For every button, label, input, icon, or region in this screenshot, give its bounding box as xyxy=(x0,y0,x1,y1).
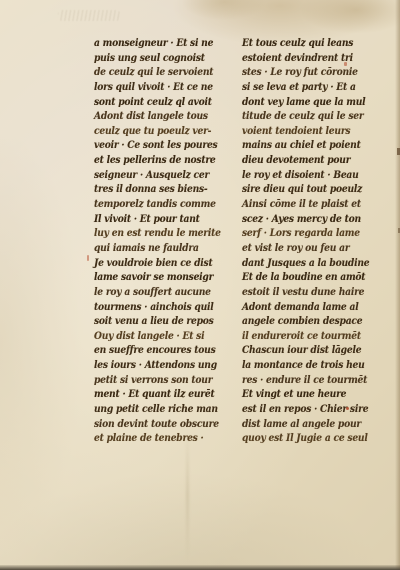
text-line: Je vouldroie bien ce dist xyxy=(94,256,212,271)
text-line: tourmens · ainchois quil xyxy=(94,300,212,315)
text-line: Ainsi cōme il te plaist et xyxy=(242,197,365,212)
text-line: il endureroit ce tourmēt xyxy=(242,329,365,344)
text-line: voient tendoient leurs xyxy=(242,124,365,139)
text-line: estoit il vestu dune haire xyxy=(242,285,365,300)
text-line: tres il donna ses biens- xyxy=(94,182,212,197)
text-line: et plaine de tenebres · xyxy=(94,431,212,446)
text-line: la montance de trois heu xyxy=(242,358,365,373)
rubric-mark xyxy=(346,407,349,410)
text-column-left: a monseigneur · Et si nepuis ung seul co… xyxy=(94,36,228,446)
text-line: res · endure il ce tourmēt xyxy=(242,373,365,388)
rubric-mark xyxy=(344,62,347,66)
manuscript-photo: a monseigneur · Et si nepuis ung seul co… xyxy=(0,0,400,570)
text-line: veoir · Ce sont les poures xyxy=(94,138,212,153)
text-line: Et de la boudine en amōt xyxy=(242,270,365,285)
text-line: dieu devotement pour xyxy=(242,153,365,168)
text-line: sont point ceulz ql avoit xyxy=(94,95,212,110)
text-line: Il vivoit · Et pour tant xyxy=(94,212,212,227)
text-line: sire dieu qui tout poeulz xyxy=(242,182,365,197)
text-line: en sueffre encoures tous xyxy=(94,343,212,358)
manuscript-page: a monseigneur · Et si nepuis ung seul co… xyxy=(0,0,400,570)
text-line: stes · Le roy fut cōronie xyxy=(242,65,365,80)
text-line: scez · Ayes mercy de ton xyxy=(242,212,365,227)
text-line: dist lame al angele pour xyxy=(242,417,365,432)
text-line: les iours · Attendons ung xyxy=(94,358,212,373)
parchment-crease xyxy=(186,430,189,560)
page-edge-bottom xyxy=(0,565,400,570)
text-line: sion devint toute obscure xyxy=(94,417,212,432)
text-line: dont vey lame que la mul xyxy=(242,95,365,110)
text-line: quoy est Il Jugie a ce seul xyxy=(242,431,365,446)
text-line: a monseigneur · Et si ne xyxy=(94,36,212,51)
text-line: Chascun iour dist lāgele xyxy=(242,343,365,358)
text-line: lame savoir se monseigr xyxy=(94,270,212,285)
text-line: et les pellerins de nostre xyxy=(94,153,212,168)
text-line: serf · Lors regarda lame xyxy=(242,226,365,241)
text-line: Adont dist langele tous xyxy=(94,109,212,124)
text-line: Et tous ceulz qui leans xyxy=(242,36,365,51)
text-line: et vist le roy ou feu ar xyxy=(242,241,365,256)
text-line: Et vingt et une heure xyxy=(242,387,365,402)
text-line: temporelz tandis comme xyxy=(94,197,212,212)
faint-pencil-inscription xyxy=(58,10,120,21)
text-line: lors quil vivoit · Et ce ne xyxy=(94,80,212,95)
rubric-mark xyxy=(87,255,89,261)
text-line: le roy et disoient · Beau xyxy=(242,168,365,183)
text-line: Ouy dist langele · Et si xyxy=(94,329,212,344)
text-line: ceulz que tu poeulz ver- xyxy=(94,124,212,139)
text-line: ung petit celle riche man xyxy=(94,402,212,417)
text-line: si se leva et party · Et a xyxy=(242,80,365,95)
page-edge-right xyxy=(395,0,400,570)
text-line: Adont demanda lame al xyxy=(242,300,365,315)
text-line: petit si verrons son tour xyxy=(94,373,212,388)
text-line: de ceulz qui le servoient xyxy=(94,65,212,80)
text-line: soit venu a lieu de repos xyxy=(94,314,212,329)
text-line: luy en est rendu le merite xyxy=(94,226,212,241)
text-line: titude de ceulz qui le ser xyxy=(242,109,365,124)
text-line: mains au chiel et poient xyxy=(242,138,365,153)
text-line: dant Jusques a la boudine xyxy=(242,256,365,271)
text-line: puis ung seul cognoist xyxy=(94,51,212,66)
text-line: le roy a souffert aucune xyxy=(94,285,212,300)
text-line: angele combien despace xyxy=(242,314,365,329)
text-line: seigneur · Ausquelz cer xyxy=(94,168,212,183)
text-line: qui iamais ne fauldra xyxy=(94,241,212,256)
text-column-right: Et tous ceulz qui leansestoient devindre… xyxy=(242,36,382,446)
text-line: ment · Et quant ilz eurēt xyxy=(94,387,212,402)
